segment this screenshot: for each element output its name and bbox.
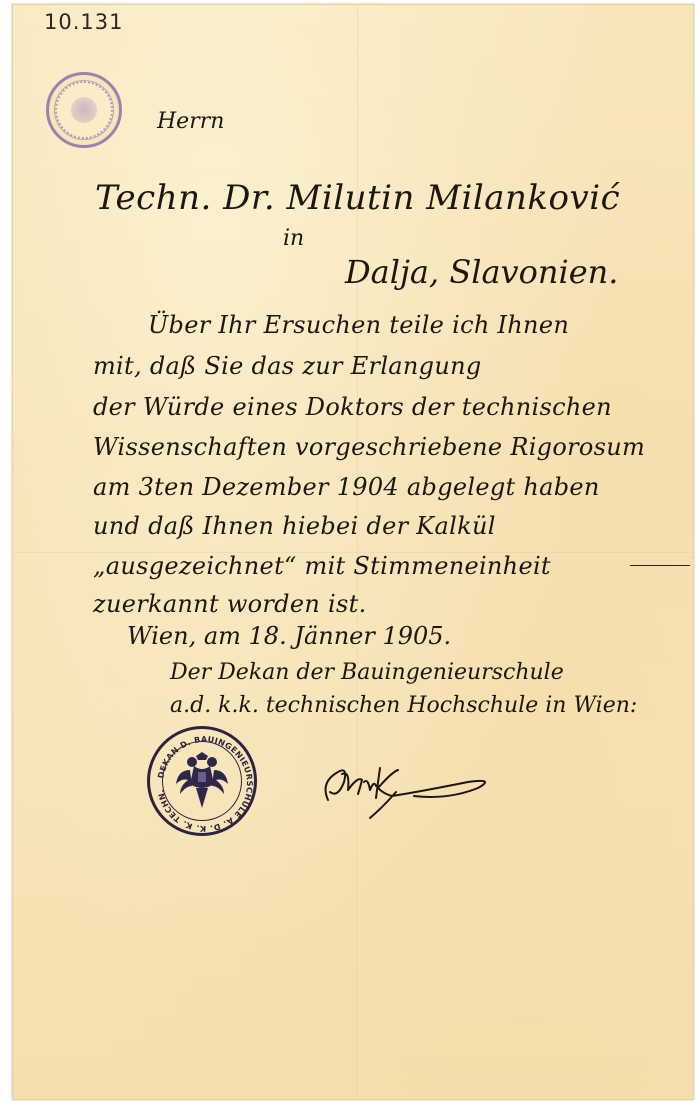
archive-number: 10.131 xyxy=(44,10,123,34)
date-line: Wien, am 18. Jänner 1905. xyxy=(127,622,451,650)
body-line: der Würde eines Doktors der technischen xyxy=(93,393,612,421)
body-line: am 3ten Dezember 1904 abgelegt haben xyxy=(93,473,600,501)
body-line: Über Ihr Ersuchen teile ich Ihnen xyxy=(148,311,569,339)
archive-stamp-icon xyxy=(46,72,122,148)
body-line: „ausgezeichnet“ mit Stimmeneinheit xyxy=(93,552,551,580)
recipient-name: Techn. Dr. Milutin Milanković xyxy=(95,178,620,218)
line-filler-stroke xyxy=(630,565,690,566)
body-line: Wissenschaften vorgeschriebene Rigorosum xyxy=(93,433,645,461)
body-line: zuerkannt worden ist. xyxy=(93,590,367,618)
in-word: in xyxy=(283,226,304,251)
archive-stamp-ring xyxy=(55,81,113,139)
svg-text:Brik: Brik xyxy=(318,752,321,753)
salutation: Herrn xyxy=(157,109,224,134)
body-line: und daß Ihnen hiebei der Kalkül xyxy=(93,512,496,540)
dean-title-line: a.d. k.k. technischen Hochschule in Wien… xyxy=(170,693,637,718)
seal-inner-ring xyxy=(162,741,242,821)
body-line: mit, daß Sie das zur Erlangung xyxy=(93,352,482,380)
double-headed-eagle-icon xyxy=(174,750,230,812)
dean-title-line: Der Dekan der Bauingenieurschule xyxy=(170,660,564,685)
recipient-place: Dalja, Slavonien. xyxy=(345,253,618,291)
official-seal-icon: DEKAN D. BAUINGENIEURSCHULE A. D. K. K. … xyxy=(147,726,257,836)
dean-signature: Brik xyxy=(318,752,498,822)
